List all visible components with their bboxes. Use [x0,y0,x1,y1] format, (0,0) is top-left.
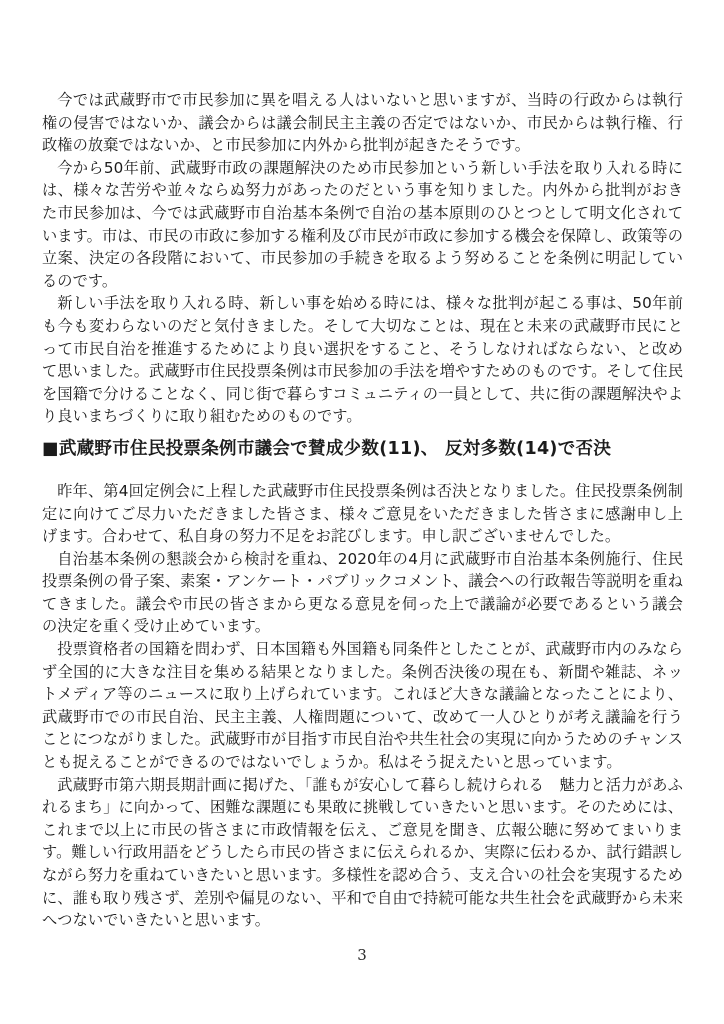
document-body: 今では武蔵野市で市民参加に異を唱える人はいないと思いますが、当時の行政からは執行… [42,89,683,932]
paragraph-2: 今から50年前、武蔵野市政の課題解決のため市民参加という新しい手法を取り入れる時… [42,157,683,293]
paragraph-5: 自治基本条例の懇談会から検討を重ね、2020年の4月に武蔵野市自治基本条例施行、… [42,548,683,638]
paragraph-6: 投票資格者の国籍を問わず、日本国籍も外国籍も同条件としたことが、武蔵野市内のみな… [42,638,683,774]
page-number: 3 [0,946,724,964]
paragraph-3: 新しい手法を取り入れる時、新しい事を始める時には、様々な批判が起こる事は、50年… [42,292,683,428]
paragraph-7: 武蔵野市第六期長期計画に掲げた、「誰もが安心して暮らし続けられる 魅力と活力があ… [42,774,683,932]
paragraph-1: 今では武蔵野市で市民参加に異を唱える人はいないと思いますが、当時の行政からは執行… [42,89,683,157]
section-heading: ■武蔵野市住民投票条例市議会で賛成少数(11)、 反対多数(14)で否決 [42,436,683,462]
paragraph-4: 昨年、第4回定例会に上程した武蔵野市住民投票条例は否決となりました。住民投票条例… [42,480,683,548]
document-page: 今では武蔵野市で市民参加に異を唱える人はいないと思いますが、当時の行政からは執行… [0,0,724,1024]
